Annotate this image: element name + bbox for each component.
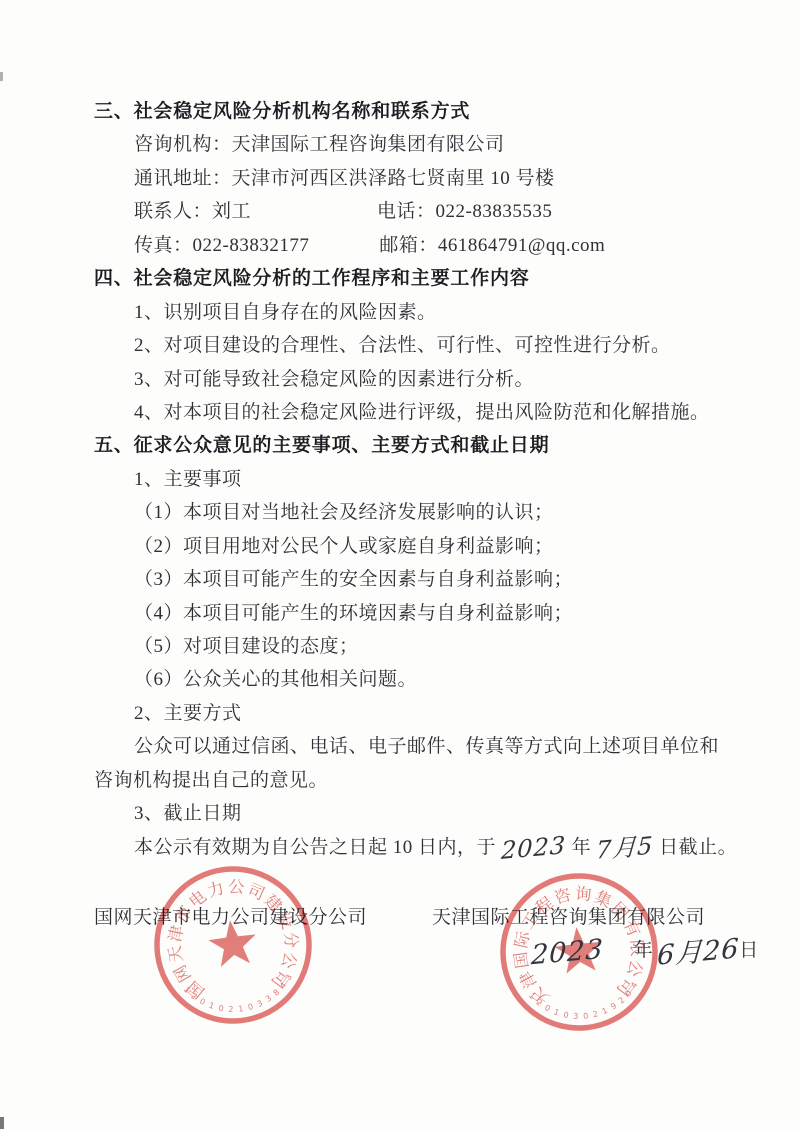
text-line: （3）本项目可能产生的安全因素与自身利益影响；: [94, 563, 734, 596]
date-year-label: 年: [634, 940, 653, 961]
text-line: 3、对可能导致社会稳定风险的因素进行分析。: [94, 363, 734, 396]
svg-text:3: 3: [256, 998, 264, 1008]
text-segment: 邮箱：461864791@qq.com: [379, 235, 605, 256]
svg-text:1: 1: [552, 1007, 560, 1017]
text-segment: 三、社会稳定风险分析机构名称和联系方式: [94, 101, 470, 122]
handwritten-text: 2023: [501, 833, 567, 863]
handwritten-year: 2023: [530, 936, 604, 970]
text-segment: （5）对项目建设的态度；: [134, 636, 359, 657]
text-segment: 联系人：刘工: [134, 201, 251, 222]
text-segment: 2、主要方式: [134, 703, 242, 724]
svg-text:公: 公: [227, 877, 245, 897]
svg-text:2: 2: [592, 1009, 599, 1019]
svg-text:3: 3: [284, 973, 294, 982]
svg-text:0: 0: [247, 1002, 254, 1012]
svg-text:0: 0: [543, 1003, 552, 1013]
text-segment: 本公示有效期为自公告之日起 10 日内，于: [134, 837, 501, 858]
svg-text:设: 设: [273, 909, 297, 933]
date-day-label: 日: [739, 940, 758, 961]
svg-text:1: 1: [182, 985, 192, 995]
svg-text:1: 1: [601, 1006, 609, 1016]
text-line: （4）本项目可能产生的环境因素与自身利益影响；: [94, 597, 734, 630]
text-line: 3、截止日期: [94, 797, 734, 830]
text-segment: 通讯地址：天津市河西区洪泽路七贤南里 10 号楼: [134, 168, 555, 189]
svg-text:3: 3: [264, 994, 273, 1004]
text-line: 2、对项目建设的合理性、合法性、可行性、可控性进行分析。: [94, 329, 734, 362]
svg-text:0: 0: [198, 997, 207, 1007]
text-segment: 1、主要事项: [134, 469, 242, 490]
svg-text:1: 1: [527, 991, 537, 1001]
text-line: 咨询机构提出自己的意见。: [94, 764, 734, 797]
text-segment: （3）本项目可能产生的安全因素与自身利益影响；: [134, 569, 573, 590]
svg-text:集: 集: [592, 887, 615, 911]
document-page: 三、社会稳定风险分析机构名称和联系方式咨询机构：天津国际工程咨询集团有限公司通讯…: [0, 0, 800, 1130]
svg-text:3: 3: [573, 1012, 579, 1021]
text-line: 通讯地址：天津市河西区洪泽路七贤南里 10 号楼: [94, 162, 734, 195]
text-line: 1、主要事项: [94, 463, 734, 496]
svg-text:力: 力: [205, 878, 226, 901]
text-line: 咨询机构：天津国际工程咨询集团有限公司: [94, 128, 734, 161]
text-line: 传真：022-83832177邮箱：461864791@qq.com: [94, 229, 734, 262]
section-heading: 三、社会稳定风险分析机构名称和联系方式: [94, 95, 734, 128]
svg-text:电: 电: [185, 887, 210, 912]
svg-text:4: 4: [629, 981, 639, 990]
svg-text:工: 工: [518, 908, 543, 932]
text-segment: 咨询机构提出自己的意见。: [94, 770, 328, 791]
text-line: （5）对项目建设的态度；: [94, 630, 734, 663]
text-segment: 电话：022-83835535: [377, 201, 552, 222]
signature-date: 2023年6月26日: [531, 936, 758, 966]
text-segment: 2、对项目建设的合理性、合法性、可行性、可控性进行分析。: [134, 335, 671, 356]
svg-text:1: 1: [238, 1004, 244, 1014]
handwritten-month-day: 6月26: [656, 935, 740, 969]
svg-text:天: 天: [528, 983, 553, 1008]
text-segment: 1、识别项目自身存在的风险因素。: [134, 302, 437, 323]
text-segment: 年: [566, 837, 596, 858]
svg-text:2: 2: [189, 991, 198, 1001]
section-heading: 五、征求公众意见的主要事项、主要方式和截止日期: [94, 429, 734, 462]
svg-text:国: 国: [511, 951, 532, 970]
svg-text:0: 0: [563, 1010, 570, 1020]
svg-text:分: 分: [281, 931, 301, 950]
seal-star-icon: [553, 925, 605, 975]
svg-text:8: 8: [272, 988, 282, 998]
text-segment: 3、对可能导致社会稳定风险的因素进行分析。: [134, 369, 534, 390]
text-segment: 传真：022-83832177: [134, 235, 309, 256]
text-line: 公众可以通过信函、电话、电子邮件、传真等方式向上述项目单位和: [94, 730, 734, 763]
text-segment: （1）本项目对当地社会及经济发展影响的认识；: [134, 502, 554, 523]
svg-text:网: 网: [170, 962, 195, 986]
section-heading: 四、社会稳定风险分析的工作程序和主要工作内容: [94, 262, 734, 295]
svg-text:9: 9: [609, 1001, 618, 1011]
text-line: 1、识别项目自身存在的风险因素。: [94, 296, 734, 329]
text-segment: 日截止。: [654, 837, 737, 858]
official-seal-left: 国网天津市电力公司建设分公司1201021033843: [133, 845, 334, 1046]
text-line: （2）项目用地对公民个人或家庭自身利益影响；: [94, 530, 734, 563]
svg-text:津: 津: [516, 967, 541, 991]
text-segment: 咨询机构：天津国际工程咨询集团有限公司: [134, 134, 505, 155]
text-segment: 公众可以通过信函、电话、电子邮件、传真等方式向上述项目单位和: [134, 736, 719, 757]
svg-text:0: 0: [583, 1011, 589, 1020]
text-line: （6）公众关心的其他相关问题。: [94, 663, 734, 696]
svg-text:1: 1: [208, 1001, 216, 1011]
handwritten-text: 7月5: [596, 833, 655, 862]
seal-star-icon: [206, 917, 259, 968]
svg-text:公: 公: [623, 958, 646, 980]
column-gap: [251, 216, 377, 217]
right-signature-company: 天津国际工程咨询集团有限公司: [432, 905, 705, 931]
svg-text:天: 天: [165, 944, 186, 963]
text-segment: 五、征求公众意见的主要事项、主要方式和截止日期: [94, 435, 549, 456]
svg-text:国: 国: [183, 977, 208, 1002]
svg-text:4: 4: [278, 981, 288, 991]
svg-text:司: 司: [245, 880, 268, 904]
svg-text:2: 2: [534, 998, 544, 1008]
svg-text:际: 际: [511, 929, 533, 950]
svg-text:0: 0: [623, 988, 633, 998]
svg-text:津: 津: [165, 923, 187, 943]
svg-text:询: 询: [574, 884, 592, 904]
svg-text:程: 程: [532, 893, 557, 918]
official-seal-right: 天津国际工程咨询集团有限公司1201030219204: [480, 853, 678, 1051]
text-line: 4、对本项目的社会稳定风险进行评级，提出风险防范和化解措施。: [94, 396, 734, 429]
scan-artifact-corner: [0, 1117, 4, 1129]
svg-text:2: 2: [228, 1005, 233, 1014]
text-segment: 四、社会稳定风险分析的工作程序和主要工作内容: [94, 268, 530, 289]
svg-text:有: 有: [620, 917, 644, 940]
text-segment: （4）本项目可能产生的环境因素与自身利益影响；: [134, 603, 573, 624]
scan-artifact-edge: [0, 72, 3, 81]
text-segment: 3、截止日期: [134, 803, 242, 824]
svg-text:司: 司: [267, 967, 292, 992]
text-segment: （2）项目用地对公民个人或家庭自身利益影响；: [134, 536, 554, 557]
svg-text:2: 2: [617, 995, 627, 1005]
left-signature-company: 国网天津市电力公司建设分公司: [94, 905, 367, 931]
text-line: 2、主要方式: [94, 697, 734, 730]
text-segment: （6）公众关心的其他相关问题。: [134, 669, 417, 690]
text-line: （1）本项目对当地社会及经济发展影响的认识；: [94, 496, 734, 529]
text-line: 本公示有效期为自公告之日起 10 日内，于 2023 年 7月5 日截止。: [94, 831, 734, 864]
svg-text:公: 公: [277, 950, 300, 971]
svg-text:司: 司: [613, 975, 638, 1000]
svg-text:0: 0: [218, 1003, 225, 1013]
text-line: 联系人：刘工电话：022-83835535: [94, 195, 734, 228]
column-gap: [309, 250, 379, 251]
svg-text:咨: 咨: [552, 885, 573, 908]
svg-text:市: 市: [171, 902, 196, 926]
text-segment: 4、对本项目的社会稳定风险进行评级，提出风险防范和化解措施。: [134, 402, 710, 423]
document-body: 三、社会稳定风险分析机构名称和联系方式咨询机构：天津国际工程咨询集团有限公司通讯…: [94, 95, 734, 864]
svg-text:团: 团: [608, 899, 633, 924]
svg-text:建: 建: [261, 891, 286, 916]
svg-text:限: 限: [627, 939, 647, 957]
